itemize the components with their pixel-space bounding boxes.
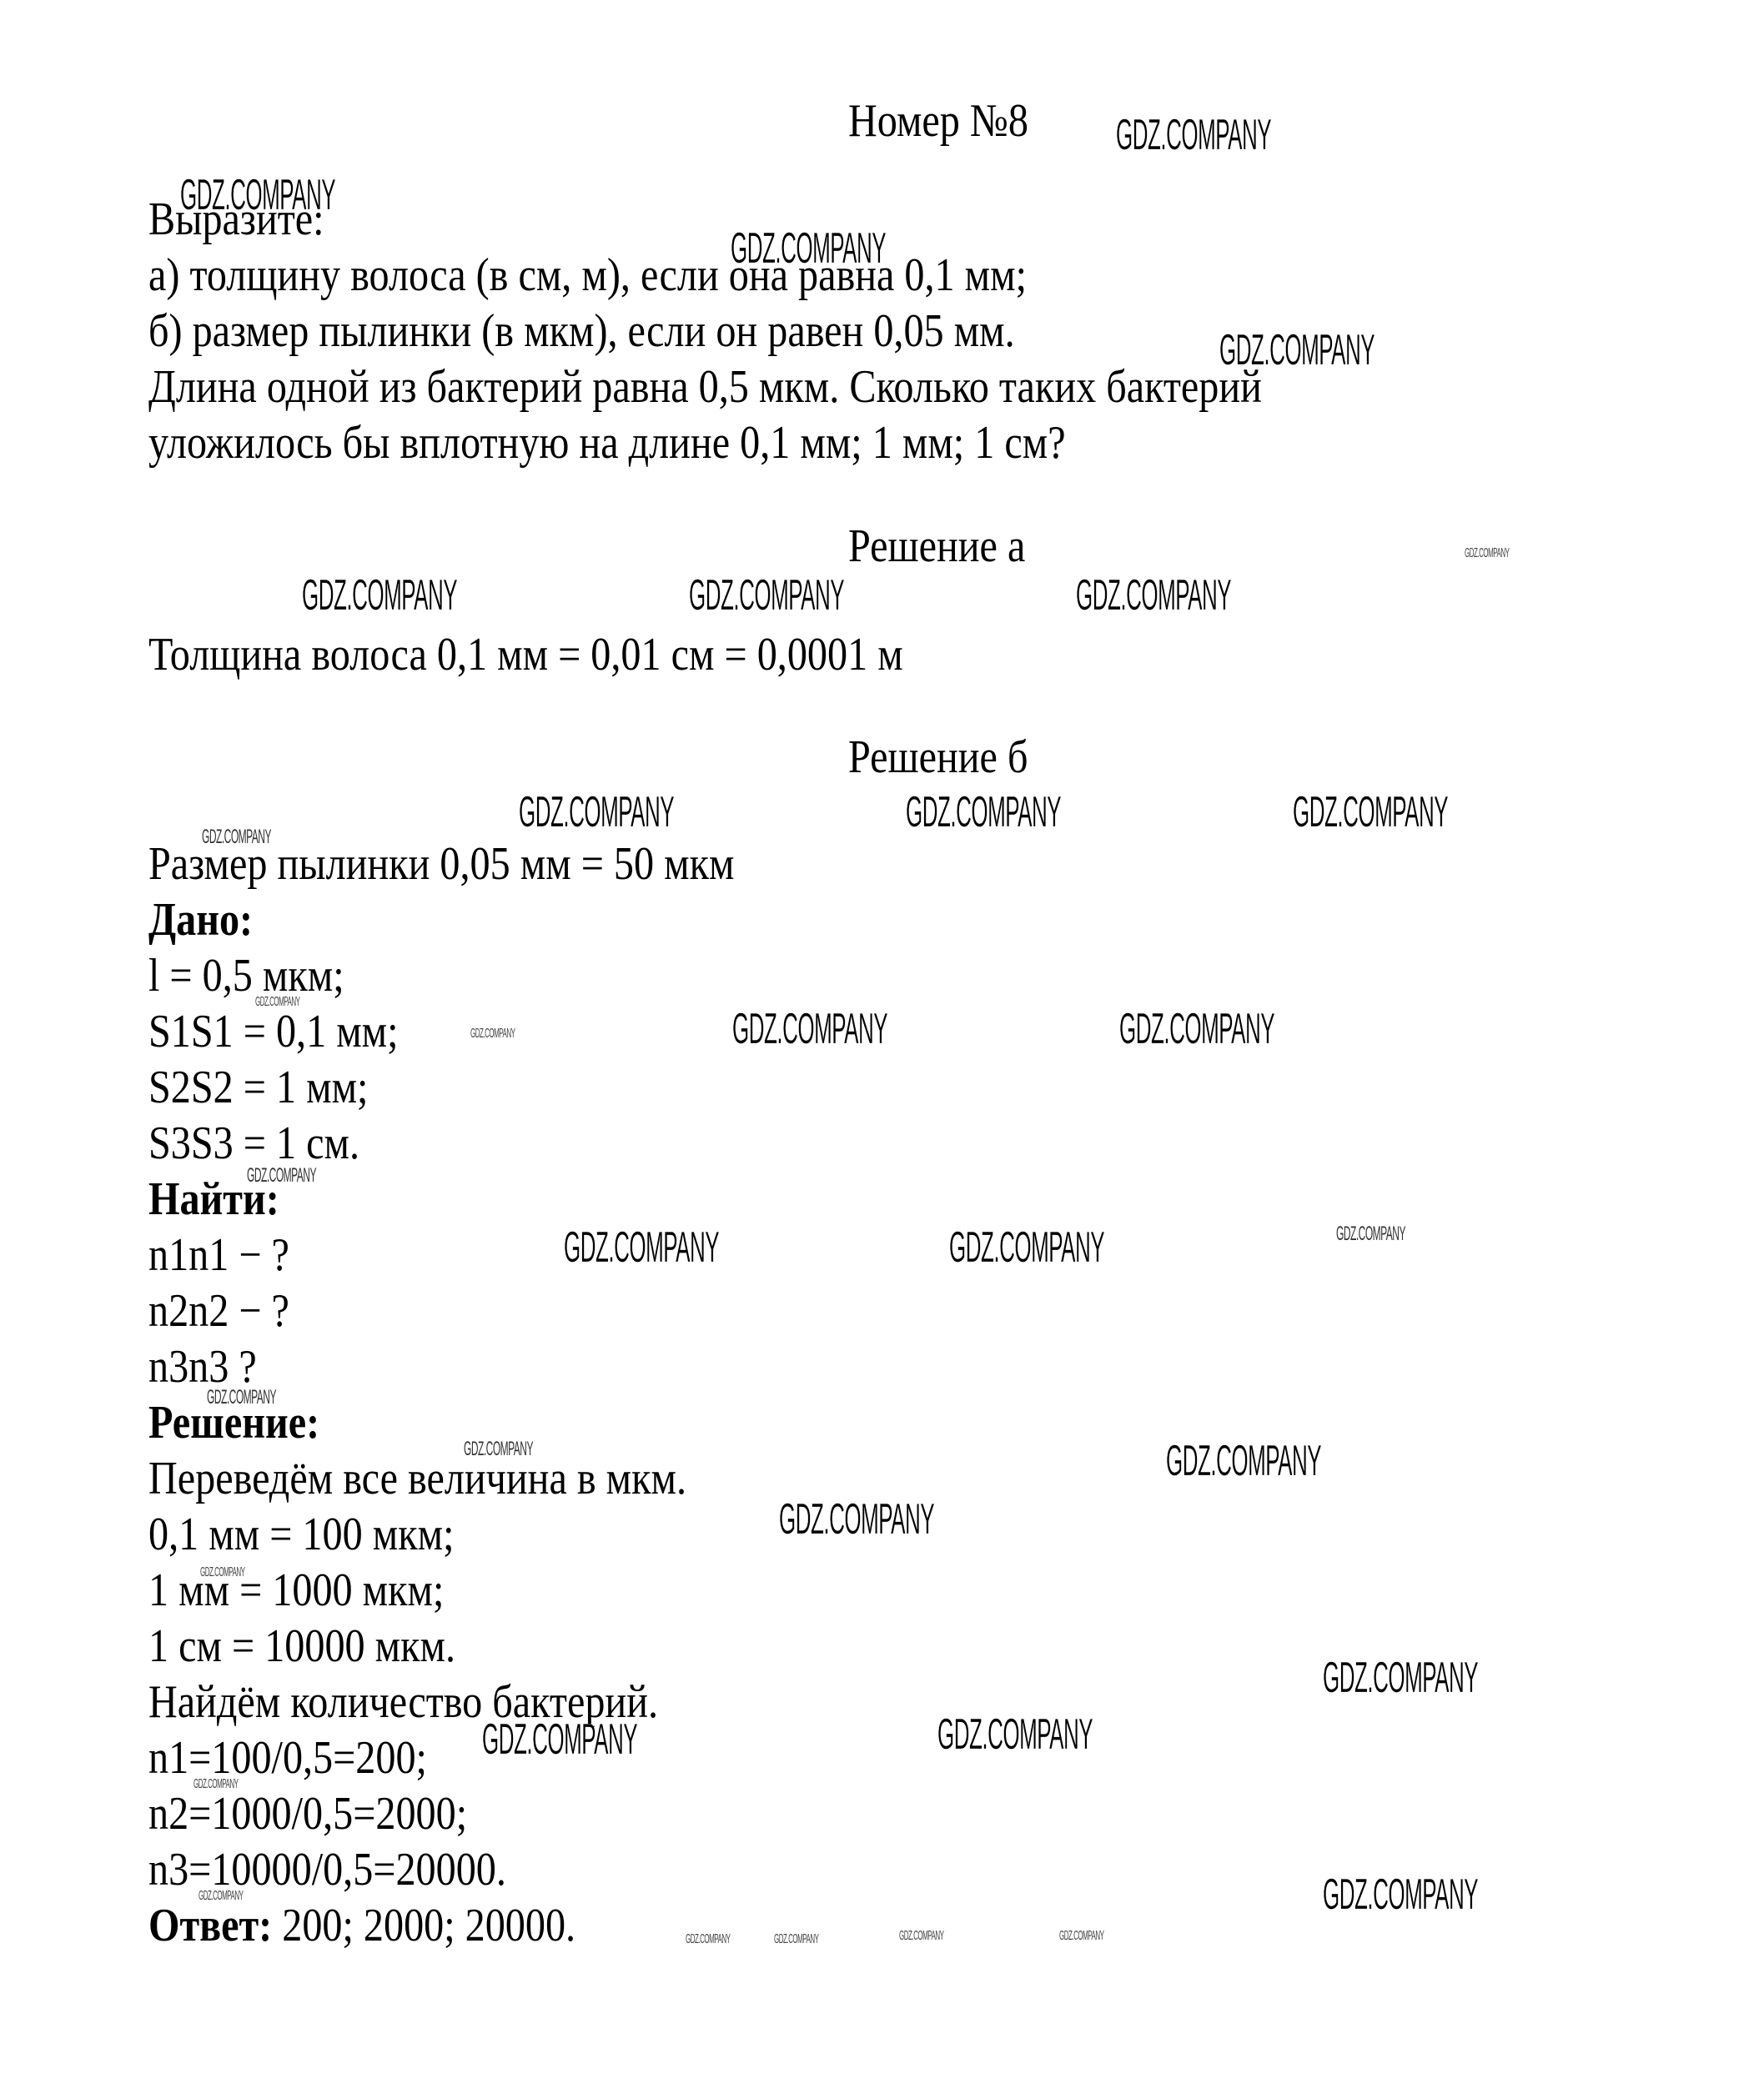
solution-a-heading: Решение а bbox=[848, 519, 1025, 574]
problem-line-question: уложилось бы вплотную на длине 0,1 мм; 1… bbox=[148, 415, 1066, 470]
answer: Ответ: 200; 2000; 20000. bbox=[148, 1898, 575, 1953]
watermark: GDZ.COMPANY bbox=[564, 1226, 719, 1269]
watermark: GDZ.COMPANY bbox=[207, 1388, 276, 1408]
watermark: GDZ.COMPANY bbox=[464, 1439, 533, 1459]
page-title: Номер №8 bbox=[848, 93, 1028, 148]
watermark: GDZ.COMPANY bbox=[1465, 547, 1509, 560]
watermark: GDZ.COMPANY bbox=[193, 1778, 238, 1791]
watermark: GDZ.COMPANY bbox=[689, 574, 844, 617]
watermark: GDZ.COMPANY bbox=[732, 1007, 887, 1051]
solution-step: n1=100/0,5=200; bbox=[148, 1730, 427, 1785]
solution-step: Переведём все величина в мкм. bbox=[148, 1451, 686, 1506]
watermark: GDZ.COMPANY bbox=[1219, 329, 1375, 372]
given-item: S2S2 = 1 мм; bbox=[148, 1060, 368, 1115]
watermark: GDZ.COMPANY bbox=[779, 1498, 934, 1541]
watermark: GDZ.COMPANY bbox=[774, 1933, 818, 1946]
watermark: GDZ.COMPANY bbox=[949, 1226, 1104, 1269]
watermark: GDZ.COMPANY bbox=[302, 574, 457, 617]
watermark: GDZ.COMPANY bbox=[470, 1027, 515, 1041]
problem-line-a: а) толщину волоса (в см, м), если она ра… bbox=[148, 248, 1027, 303]
given-label: Дано: bbox=[148, 892, 253, 947]
given-item: S3S3 = 1 см. bbox=[148, 1116, 359, 1171]
watermark: GDZ.COMPANY bbox=[1116, 113, 1271, 157]
watermark: GDZ.COMPANY bbox=[1336, 1224, 1405, 1244]
answer-value: 200; 2000; 20000. bbox=[272, 1900, 575, 1951]
problem-line-bacteria: Длина одной из бактерий равна 0,5 мкм. С… bbox=[148, 359, 1262, 414]
solution-step: n2=1000/0,5=2000; bbox=[148, 1786, 467, 1841]
solution-b-heading: Решение б bbox=[848, 730, 1028, 785]
watermark: GDZ.COMPANY bbox=[1059, 1930, 1103, 1943]
watermark: GDZ.COMPANY bbox=[731, 227, 886, 270]
watermark: GDZ.COMPANY bbox=[1119, 1007, 1274, 1051]
watermark: GDZ.COMPANY bbox=[1323, 1873, 1478, 1916]
watermark: GDZ.COMPANY bbox=[899, 1930, 943, 1943]
solution-a-text: Толщина волоса 0,1 мм = 0,01 см = 0,0001… bbox=[148, 627, 903, 682]
answer-label: Ответ: bbox=[148, 1900, 272, 1951]
given-item: l = 0,5 мкм; bbox=[148, 948, 344, 1003]
watermark: GDZ.COMPANY bbox=[482, 1718, 637, 1761]
given-item: S1S1 = 0,1 мм; bbox=[148, 1004, 399, 1059]
watermark: GDZ.COMPANY bbox=[686, 1933, 730, 1946]
watermark: GDZ.COMPANY bbox=[1166, 1439, 1321, 1483]
watermark: GDZ.COMPANY bbox=[1323, 1656, 1478, 1700]
solution-step: 1 см = 10000 мкм. bbox=[148, 1619, 455, 1674]
watermark: GDZ.COMPANY bbox=[247, 1166, 316, 1186]
find-item: n2n2 − ? bbox=[148, 1283, 289, 1338]
watermark: GDZ.COMPANY bbox=[1293, 791, 1448, 834]
watermark: GDZ.COMPANY bbox=[519, 791, 674, 834]
watermark: GDZ.COMPANY bbox=[937, 1713, 1093, 1756]
watermark: GDZ.COMPANY bbox=[906, 791, 1061, 834]
solution-step: 1 мм = 1000 мкм; bbox=[148, 1563, 444, 1618]
watermark: GDZ.COMPANY bbox=[199, 1890, 243, 1903]
watermark: GDZ.COMPANY bbox=[180, 173, 335, 217]
watermark: GDZ.COMPANY bbox=[202, 827, 271, 847]
solution-step: 0,1 мм = 100 мкм; bbox=[148, 1507, 454, 1562]
find-item: n1n1 − ? bbox=[148, 1228, 289, 1283]
watermark: GDZ.COMPANY bbox=[255, 996, 299, 1009]
problem-line-b: б) размер пылинки (в мкм), если он равен… bbox=[148, 304, 1015, 359]
watermark: GDZ.COMPANY bbox=[200, 1566, 244, 1579]
watermark: GDZ.COMPANY bbox=[1076, 574, 1231, 617]
